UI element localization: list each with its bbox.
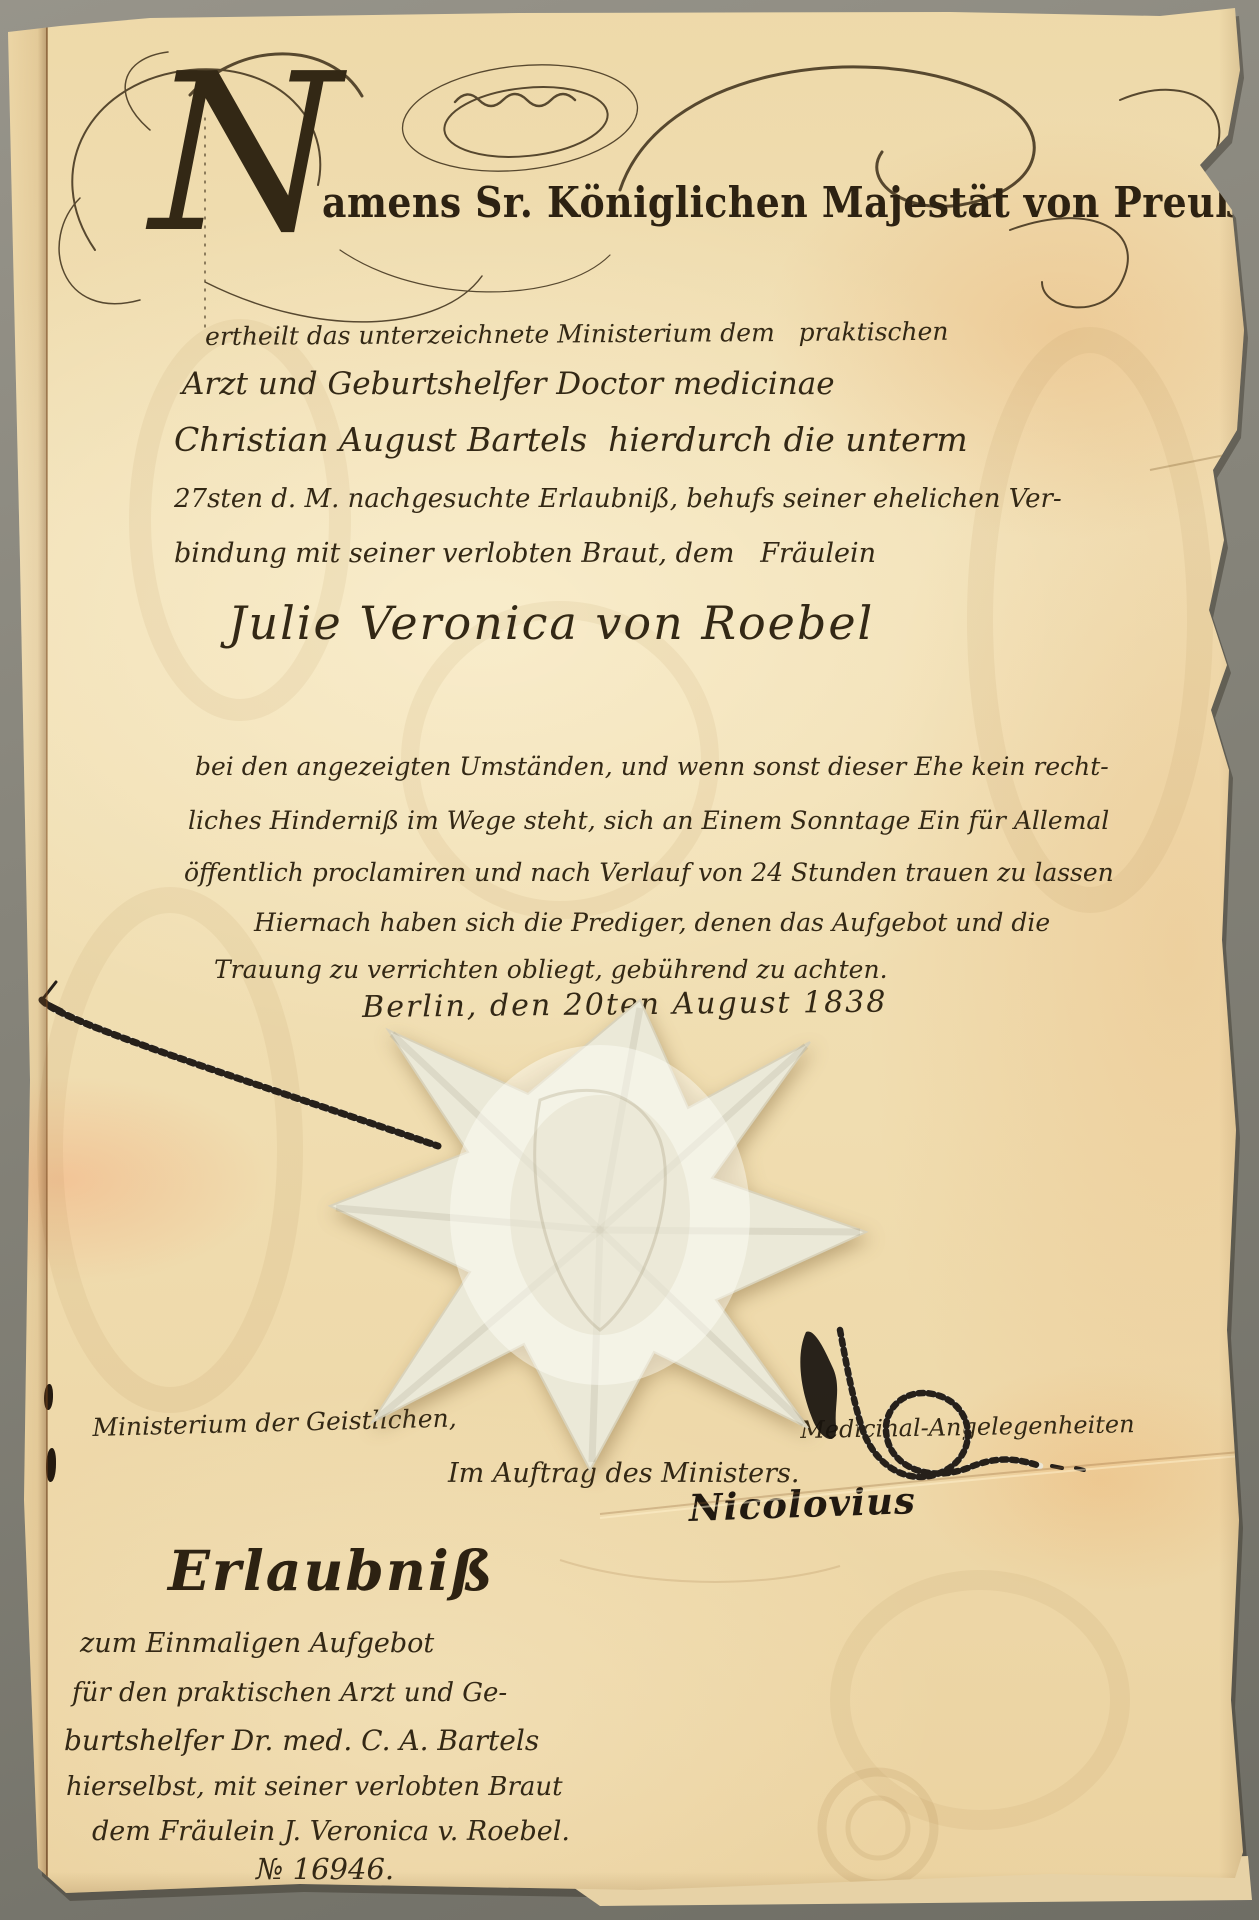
docket-line: hierselbst, mit seiner verlobten Braut xyxy=(66,1772,563,1802)
docket-line: zum Einmaligen Aufgebot xyxy=(80,1628,434,1659)
left-page-fold xyxy=(0,22,47,1902)
docket-line: für den praktischen Arzt und Ge- xyxy=(72,1678,507,1708)
document-photo: N amens Sr. Königlichen Majestät von Pre… xyxy=(0,0,1259,1920)
docket-line: burtshelfer Dr. med. C. A. Bartels xyxy=(64,1724,539,1757)
document-page: N amens Sr. Königlichen Majestät von Pre… xyxy=(0,0,1259,1920)
fold-crease-line xyxy=(46,20,48,1896)
docket-line: dem Fräulein J. Veronica v. Roebel. xyxy=(92,1816,570,1847)
docket-heading: Erlaubniß xyxy=(168,1538,495,1603)
